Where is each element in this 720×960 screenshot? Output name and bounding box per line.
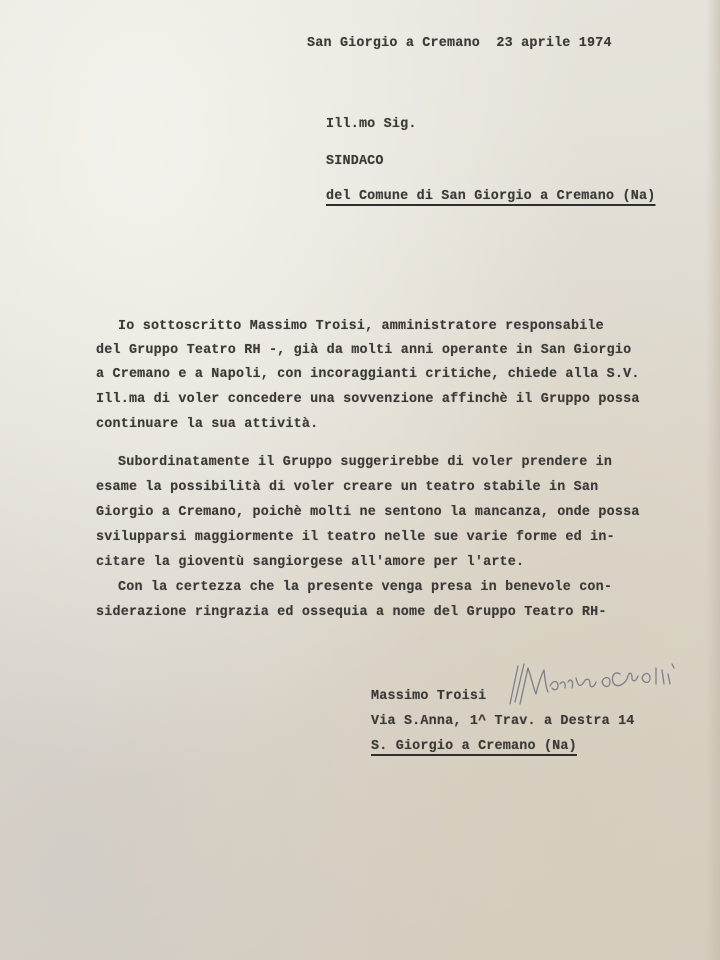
place-date: San Giorgio a Cremano 23 aprile 1974 [307,37,612,50]
body-line: del Gruppo Teatro RH -, già da molti ann… [96,344,631,357]
body-line: continuare la sua attività. [96,418,318,431]
sender-name: Massimo Troisi [371,690,486,703]
sender-address: Via S.Anna, 1^ Trav. a Destra 14 [371,715,635,728]
body-line: citare la gioventù sangiorgese all'amore… [96,556,524,569]
body-line: Ill.ma di voler concedere una sovvenzion… [96,393,640,406]
body-line: siderazione ringrazia ed ossequia a nome… [96,606,607,619]
body-line: Io sottoscritto Massimo Troisi, amminist… [118,320,604,333]
body-line: a Cremano e a Napoli, con incoraggianti … [96,368,640,381]
recipient-office: del Comune di San Giorgio a Cremano (Na) [326,190,655,203]
handwritten-signature-icon [498,660,698,710]
body-line: esame la possibilità di voler creare un … [96,481,598,494]
recipient-title: SINDACO [326,155,384,168]
body-line: Giorgio a Cremano, poichè molti ne sento… [96,506,640,519]
recipient-salutation: Ill.mo Sig. [326,118,417,131]
body-line: Subordinatamente il Gruppo suggerirebbe … [118,456,612,469]
body-line: Con la certezza che la presente venga pr… [118,581,612,594]
sender-city: S. Giorgio a Cremano (Na) [371,740,577,753]
letter-paper: San Giorgio a Cremano 23 aprile 1974 Ill… [0,0,720,960]
body-line: svilupparsi maggiormente il teatro nelle… [96,531,615,544]
